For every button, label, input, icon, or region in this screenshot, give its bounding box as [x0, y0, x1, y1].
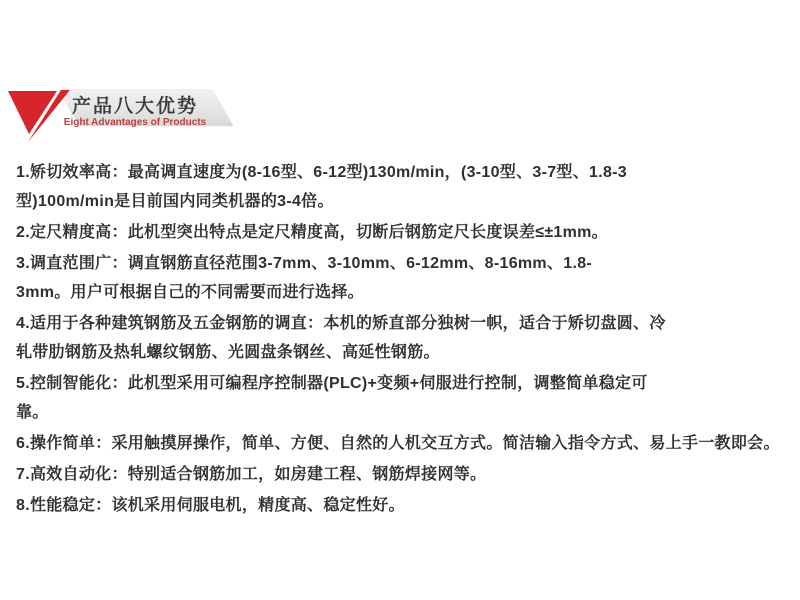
- advantage-text: 1.矫切效率高：最高调直速度为(8-16型、6-12型)130m/min，(3-…: [16, 158, 794, 187]
- advantage-item-1: 1.矫切效率高：最高调直速度为(8-16型、6-12型)130m/min，(3-…: [16, 158, 794, 216]
- advantage-text: 6.操作简单：采用触摸屏操作，简单、方便、自然的人机交互方式。简洁输入指令方式、…: [16, 429, 794, 458]
- advantage-text: 3.调直范围广：调直钢筋直径范围3-7mm、3-10mm、6-12mm、8-16…: [16, 249, 794, 278]
- advantage-text: 7.高效自动化：特别适合钢筋加工，如房建工程、钢筋焊接网等。: [16, 460, 794, 489]
- advantage-text: 靠。: [16, 398, 794, 427]
- advantage-text: 2.定尺精度高：此机型突出特点是定尺精度高，切断后钢筋定尺长度误差≤±1mm。: [16, 218, 794, 247]
- advantage-item-7: 7.高效自动化：特别适合钢筋加工，如房建工程、钢筋焊接网等。: [16, 460, 794, 489]
- advantage-text: 4.适用于各种建筑钢筋及五金钢筋的调直：本机的矫直部分独树一帜，适合于矫切盘圆、…: [16, 309, 794, 338]
- advantage-text: 3mm。用户可根据自己的不同需要而进行选择。: [16, 278, 794, 307]
- advantage-item-6: 6.操作简单：采用触摸屏操作，简单、方便、自然的人机交互方式。简洁输入指令方式、…: [16, 429, 794, 458]
- advantage-item-3: 3.调直范围广：调直钢筋直径范围3-7mm、3-10mm、6-12mm、8-16…: [16, 249, 794, 307]
- page-header: 产品八大优势 Eight Advantages of Products: [0, 0, 800, 150]
- advantage-item-2: 2.定尺精度高：此机型突出特点是定尺精度高，切断后钢筋定尺长度误差≤±1mm。: [16, 218, 794, 247]
- advantage-text: 轧带肋钢筋及热轧螺纹钢筋、光圆盘条钢丝、高延性钢筋。: [16, 338, 794, 367]
- advantage-item-4: 4.适用于各种建筑钢筋及五金钢筋的调直：本机的矫直部分独树一帜，适合于矫切盘圆、…: [16, 309, 794, 367]
- page-subtitle: Eight Advantages of Products: [58, 118, 212, 128]
- advantage-text: 8.性能稳定：该机采用伺服电机，精度高、稳定性好。: [16, 491, 794, 520]
- advantage-item-5: 5.控制智能化：此机型采用可编程序控制器(PLC)+变频+伺服进行控制，调整简单…: [16, 369, 794, 427]
- advantage-text: 5.控制智能化：此机型采用可编程序控制器(PLC)+变频+伺服进行控制，调整简单…: [16, 369, 794, 398]
- page-title: 产品八大优势: [58, 97, 212, 116]
- header-text-block: 产品八大优势 Eight Advantages of Products: [58, 89, 212, 125]
- advantage-text: 型)100m/min是目前国内同类机器的3-4倍。: [16, 187, 794, 216]
- advantage-item-8: 8.性能稳定：该机采用伺服电机，精度高、稳定性好。: [16, 491, 794, 520]
- advantage-list: 1.矫切效率高：最高调直速度为(8-16型、6-12型)130m/min，(3-…: [16, 158, 794, 522]
